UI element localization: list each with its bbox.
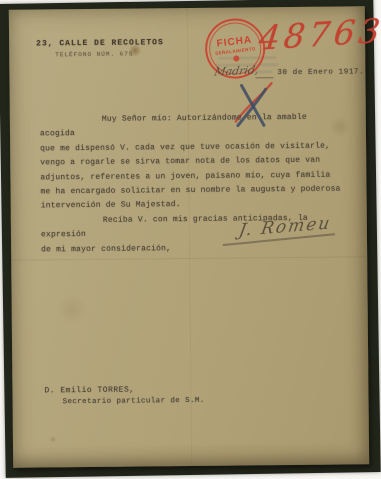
paper-sheet: 23, CALLE DE RECOLETOS TELÉFONO NÚM. 675… [9,6,369,467]
dateline-city: Madrid, [213,64,259,79]
body-paragraph-1: Muy Señor mío: Autorizándome en la amabl… [40,110,347,214]
dateline-date: 30 de Enero 1917. [277,68,364,77]
addressee-name: D. Emilio TORRES, [44,386,134,396]
photo-background: 23, CALLE DE RECOLETOS TELÉFONO NÚM. 675… [0,0,381,478]
stamp-line2: SEÑALAMIENTO [215,46,256,56]
letterhead-address: 23, CALLE DE RECOLETOS [36,38,164,48]
registry-number: 48763 [257,11,381,58]
letterhead-phone: TELÉFONO NÚM. 675 [55,51,133,59]
stamp-blob [233,55,240,62]
addressee-title: Secretario particular de S.M. [63,397,205,406]
dateline-rule [255,77,273,78]
stamp-line1: FICHA [216,34,253,49]
